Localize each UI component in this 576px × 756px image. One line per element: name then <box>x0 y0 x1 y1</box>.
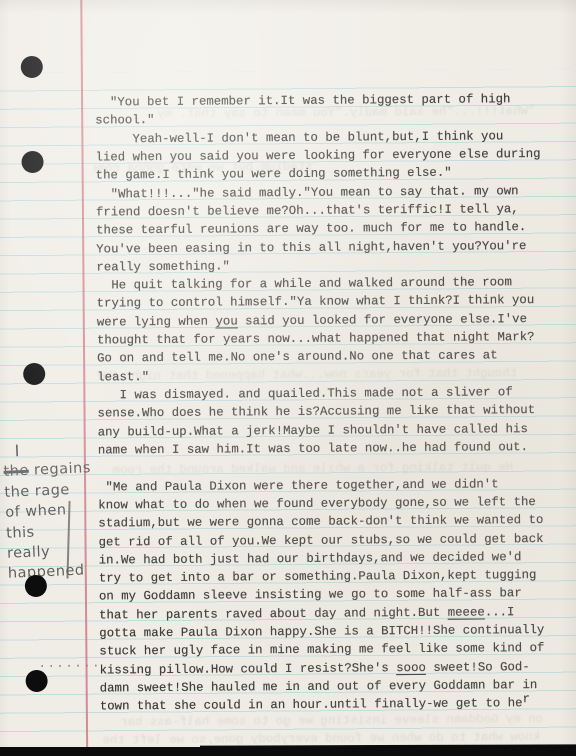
text-segment: "What!!!..."he said madly."You mean to s… <box>96 184 519 201</box>
text-segment: r <box>522 692 530 706</box>
hole-punch <box>26 670 48 692</box>
hole-punch-group <box>0 0 575 4</box>
text-segment: really something." <box>96 259 230 274</box>
handwritten-line: happened <box>8 560 101 584</box>
page-content-layer: "What!!!..."he said madly."You mean to s… <box>0 0 576 756</box>
text-segment: the rage <box>4 482 70 501</box>
text-segment: this <box>6 524 35 541</box>
text-segment: Yeah-well-I don't mean to be blunt,but,I… <box>95 129 503 146</box>
text-segment: ...I <box>485 605 515 619</box>
text-segment: town that she could in an hour.until fin… <box>100 696 523 713</box>
text-segment: gotta make Paula Dixon happy.She is a BI… <box>99 623 544 640</box>
typed-line: town that she could in an hour.until fin… <box>100 694 560 716</box>
text-segment: said you looked for everyone else.I've <box>238 312 527 328</box>
text-segment: "You bet I remember it.It was the bigges… <box>95 92 510 109</box>
text-segment: get rid of all of you.We kept our stubs,… <box>98 531 543 548</box>
hole-punch <box>21 151 43 173</box>
text-segment: thought that for years now...what happen… <box>97 330 535 347</box>
scanned-typewritten-page: "What!!!..."he said madly."You mean to s… <box>0 0 576 756</box>
text-segment: that her parents raved about day and nig… <box>99 605 448 622</box>
text-segment: try to get into a bar or something.Paula… <box>99 568 537 585</box>
hole-punch <box>25 575 47 597</box>
hole-punch <box>23 363 45 385</box>
text-segment: meeee <box>448 605 485 619</box>
text-segment: Go on and tell me.No one's around.No one… <box>97 349 498 366</box>
text-segment: of when <box>5 502 67 521</box>
text-segment: stuck her ugly face in mine making me fe… <box>99 641 544 658</box>
text-segment: kissing pillow.How could I resist?She's <box>99 661 396 677</box>
text-segment: the <box>3 463 29 480</box>
text-segment: I <box>14 441 20 460</box>
text-segment: school." <box>95 113 154 127</box>
typed-line: You've been easing in to this all night,… <box>96 236 556 258</box>
text-segment: the game.I think you were doing somethin… <box>96 166 452 183</box>
hole-punch <box>21 56 43 78</box>
text-segment: sooo <box>396 661 426 675</box>
typed-text-block: "You bet I remember it.It was the bigges… <box>95 90 560 716</box>
text-segment: least." <box>97 370 149 384</box>
text-segment: any build-up.What a jerk!Maybe I shouldn… <box>98 422 528 439</box>
text-segment: in.We had both just had our birthdays,an… <box>99 550 522 567</box>
text-segment: know what to do when we found everybody … <box>98 495 536 512</box>
text-segment: I was dismayed. and quailed.This made no… <box>97 385 512 402</box>
text-segment: "Me and Paula Dixon were there together,… <box>98 477 499 494</box>
text-segment: lied when you said you were looking for … <box>95 147 540 164</box>
text-segment: really <box>7 544 51 562</box>
text-segment: regains <box>29 461 92 480</box>
typed-line: Go on and tell me.No one's around.No one… <box>97 346 557 368</box>
text-segment: on my Goddamn sleeve insisting we go to … <box>99 587 522 604</box>
scan-edge-band <box>0 747 576 756</box>
handwritten-line: the regains <box>3 458 96 482</box>
text-segment: these tearful reunions are way too. much… <box>96 220 526 237</box>
text-segment: stadium,but we were gonna come back-don'… <box>98 513 543 530</box>
margin-note-handwriting: Ithe regainsthe rageof whenthisreallyhap… <box>2 438 100 585</box>
bleed-through-text-layer: "What!!!..."he said madly."You mean to s… <box>0 0 575 4</box>
dotted-leader-marks: ....... <box>38 656 101 670</box>
text-segment: sense.Who does he think he is?Accusing m… <box>97 403 535 420</box>
text-segment: name when I saw him.It was too late now.… <box>98 440 528 457</box>
text-segment: you <box>215 314 237 328</box>
text-segment: He quit talking for a while and walked a… <box>96 275 511 292</box>
text-segment: happened <box>8 563 85 582</box>
text-segment: were lying when <box>97 314 216 329</box>
text-segment: sweet!So God- <box>426 660 530 675</box>
text-segment: You've been easing in to this all night,… <box>96 239 526 256</box>
text-segment: friend doesn't believe me?Oh...that's te… <box>96 202 519 219</box>
text-segment: damn sweet!She hauled me in and out of e… <box>100 678 538 695</box>
text-segment: trying to control himself."Ya know what … <box>97 293 535 310</box>
